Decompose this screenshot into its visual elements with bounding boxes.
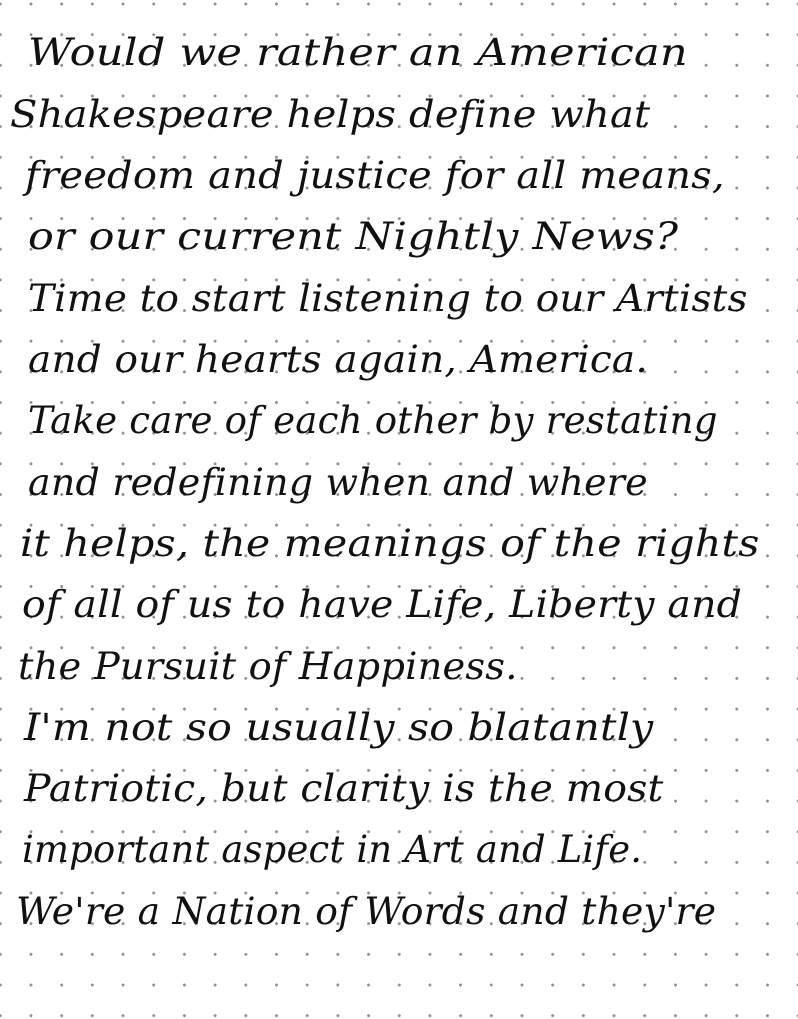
handwritten-line: Patriotic, but clarity is the most [24, 769, 664, 809]
handwritten-line: Shakespeare helps define what [10, 95, 650, 135]
dot-grid-page: Would we rather an American Shakespeare … [0, 0, 798, 1019]
handwritten-line: and our hearts again, America. [28, 340, 648, 380]
handwritten-line: We're a Nation of Words and they're [16, 892, 716, 932]
handwritten-line: the Pursuit of Happiness. [18, 647, 518, 687]
handwritten-line: I'm not so usually so blatantly [24, 708, 653, 748]
handwritten-line: Take care of each other by restating [28, 401, 718, 441]
handwritten-line: and redefining when and where [28, 463, 648, 503]
handwritten-line: important aspect in Art and Life. [22, 830, 642, 870]
handwritten-line: it helps, the meanings of the rights [20, 524, 760, 564]
handwritten-line: Would we rather an American [28, 33, 688, 73]
handwritten-line: of all of us to have Life, Liberty and [22, 585, 742, 625]
handwritten-line: or our current Nightly News? [28, 217, 678, 257]
handwritten-line: freedom and justice for all means, [25, 156, 725, 196]
handwritten-line: Time to start listening to our Artists [28, 279, 748, 319]
